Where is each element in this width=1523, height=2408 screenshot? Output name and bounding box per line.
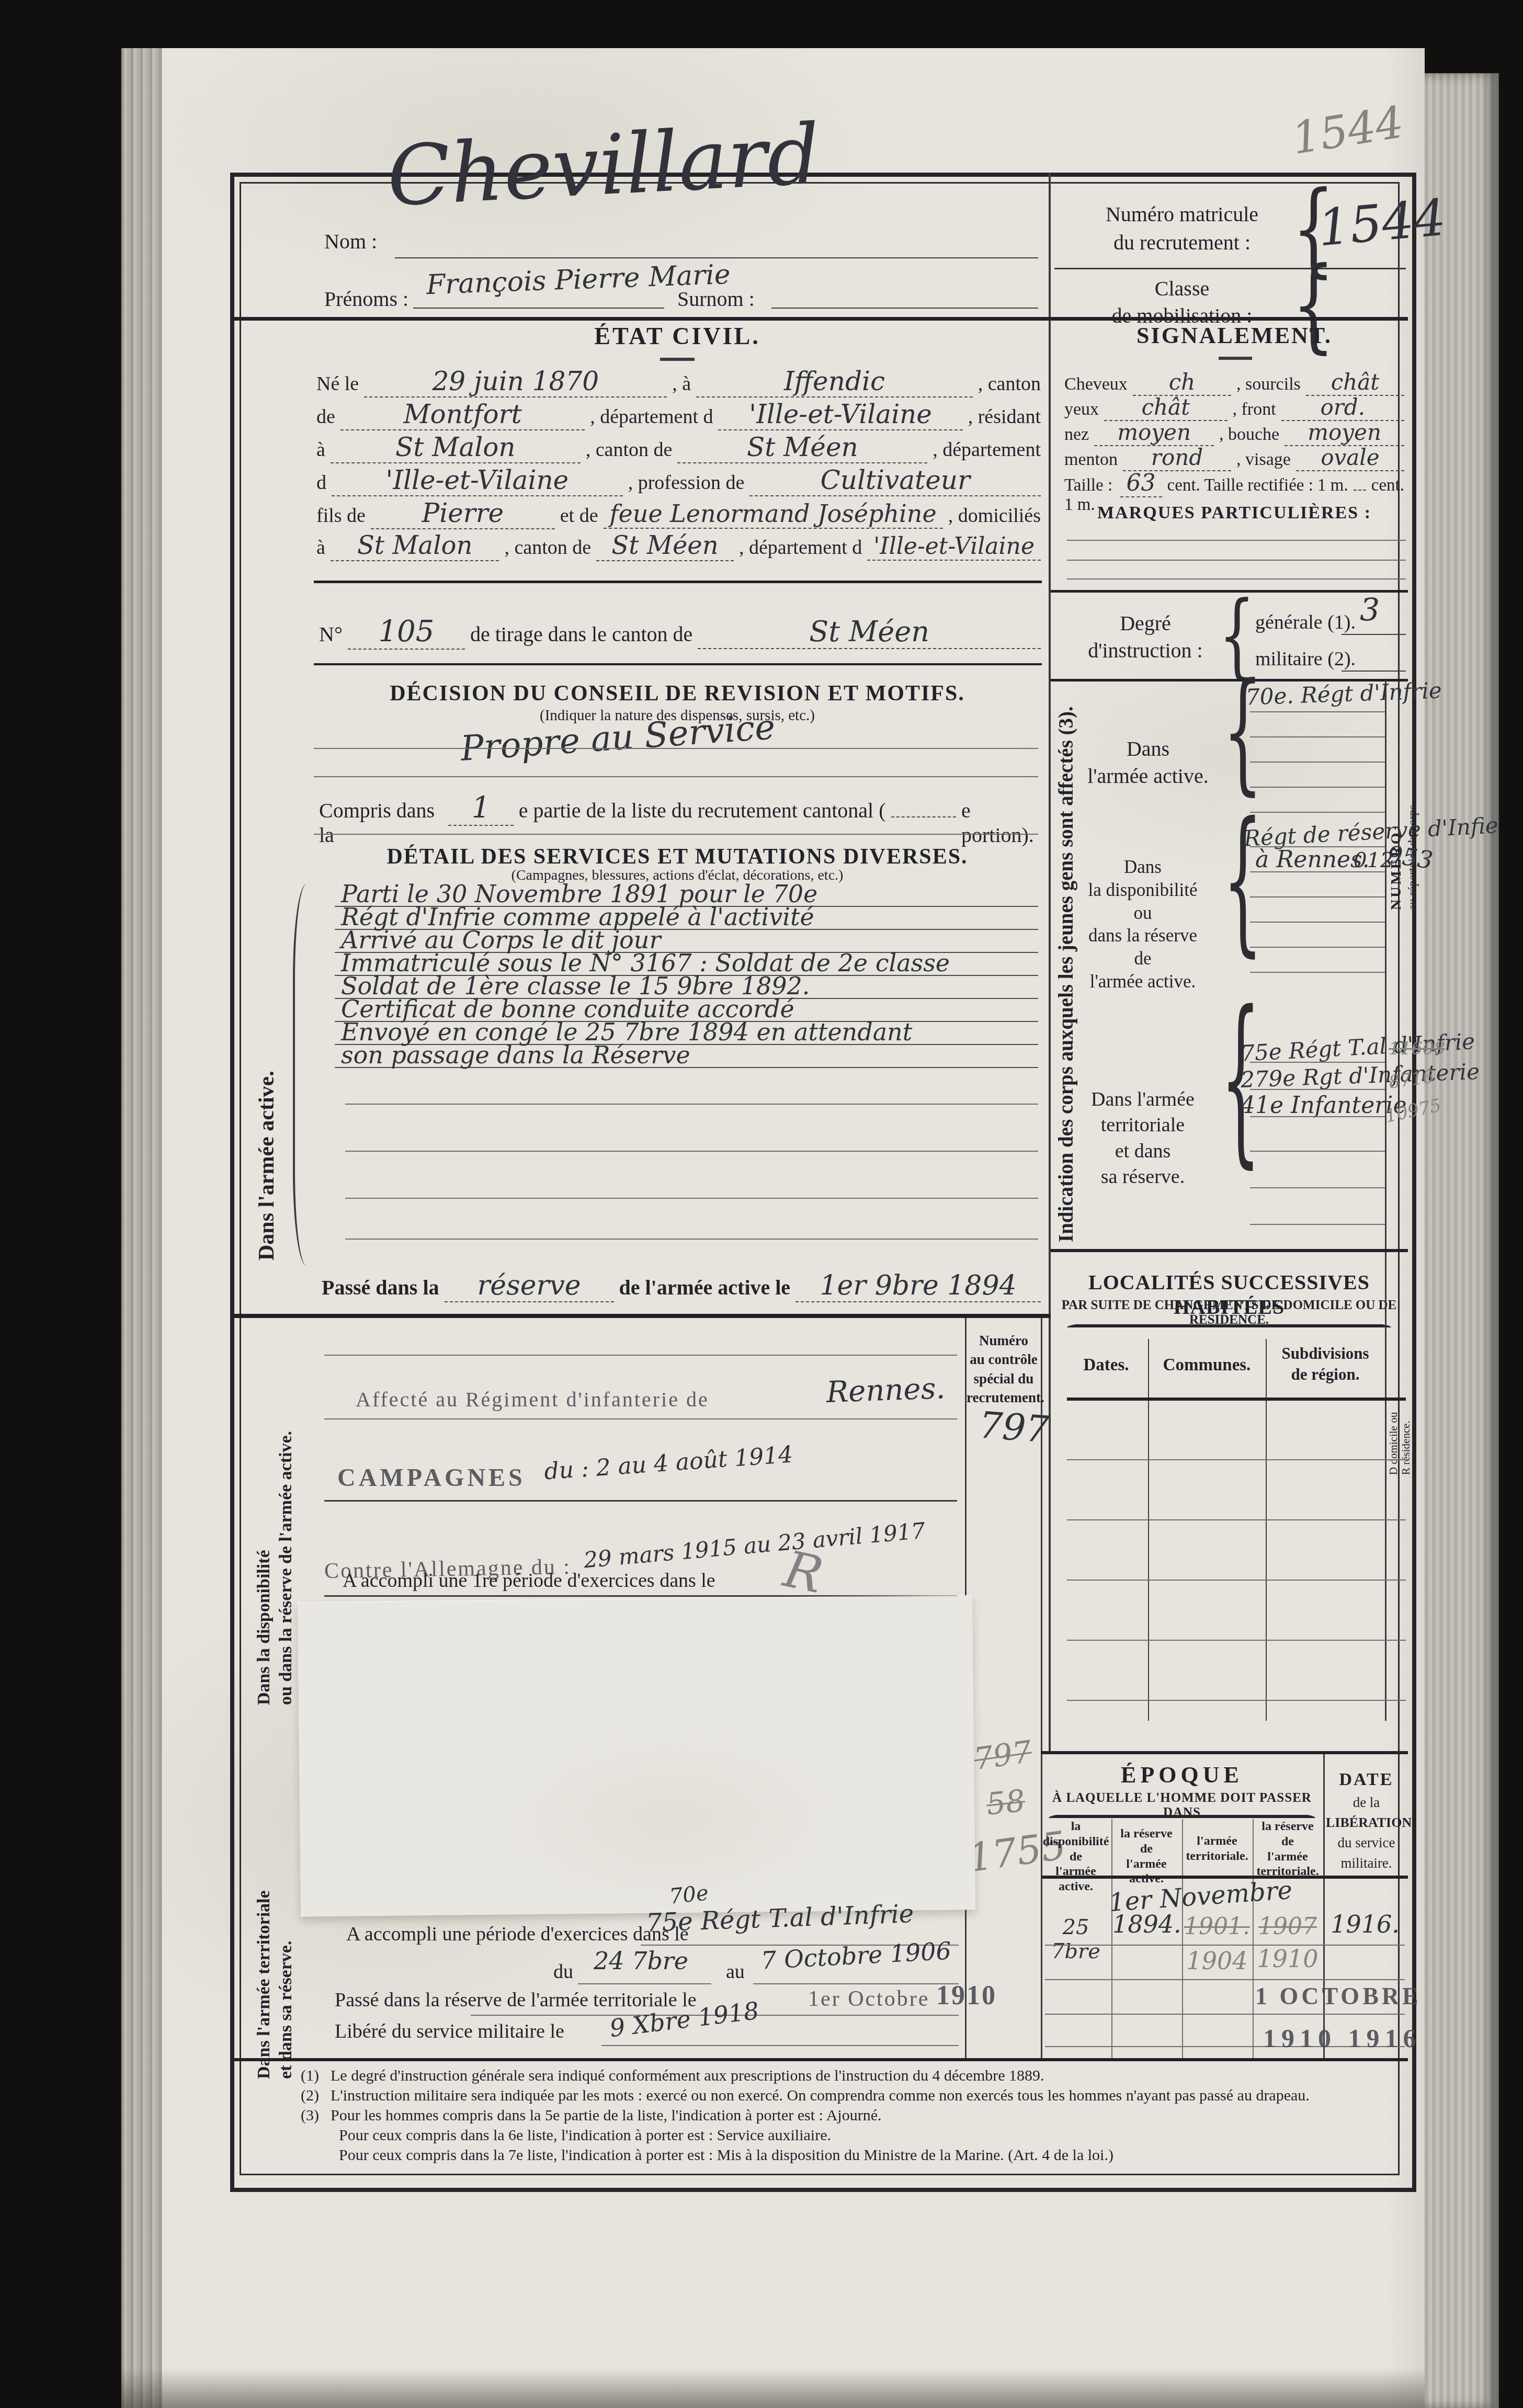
label: Né le: [316, 372, 359, 395]
controle-number-ink: 797: [978, 1403, 1050, 1451]
active-section-bottom-rule: [230, 1314, 1051, 1318]
signalement-row-3: nez moyen , bouche moyen: [1064, 419, 1404, 446]
yeux-value: chât: [1104, 394, 1227, 421]
epoque-v3-struck: 1901.: [1183, 1913, 1251, 1940]
epoque-title: ÉPOQUE: [1041, 1762, 1323, 1788]
compris-row: Compris dans la 1 e partie de la liste d…: [319, 791, 1041, 847]
nom-underline: [395, 257, 1038, 258]
passe-territoriale-printed: Passé dans la réserve de l'armée territo…: [335, 1989, 697, 2012]
epoque-top-rule: [1041, 1751, 1408, 1754]
passe-territoriale-stamp: 1er Octobre: [808, 1986, 929, 2012]
header-mid-rule: [1054, 268, 1406, 269]
label: , canton de: [504, 536, 591, 559]
prenoms-label: Prénoms :: [324, 287, 408, 311]
compris-label-c: e portion).: [961, 798, 1041, 847]
corps-line: [1250, 1151, 1385, 1152]
label: , département d: [590, 405, 713, 428]
epoque-vdate: 1916.: [1326, 1910, 1404, 1938]
controle-header-1: Numéro: [967, 1331, 1041, 1350]
footnote-1-marker: (1): [301, 2067, 319, 2085]
etat-civil-line-3: à St Malon , canton de St Méen , départe…: [316, 432, 1041, 463]
corps-line: [1250, 922, 1385, 923]
numero-repertoire-divider: [1385, 680, 1386, 1250]
label: , résidant: [968, 405, 1041, 428]
epoque-v4b: 1910: [1254, 1945, 1322, 1973]
localites-row-3: [1067, 1580, 1406, 1581]
dispo-label-5: de: [1067, 947, 1219, 970]
campagnes-stamp: CAMPAGNES: [337, 1463, 526, 1492]
epoque-row-line-1: [1045, 1945, 1405, 1946]
h: l'armée active.: [1112, 1857, 1180, 1887]
passe-date-value: 1er 9bre 1894: [795, 1270, 1041, 1302]
epoque-col4-header: la réserve de l'armée territoriale.: [1254, 1819, 1322, 1879]
epoque-date-header: DATE de la LIBÉRATION du service militai…: [1326, 1767, 1407, 1873]
epoque-row-line-3: [1045, 2014, 1405, 2015]
libere-underline: [601, 2045, 959, 2046]
classe-label-line1: Classe: [1077, 276, 1287, 301]
etat-civil-line-1: Né le 29 juin 1870 , à Iffendic , canton: [316, 366, 1041, 397]
controle-pencil-58: 58: [985, 1782, 1027, 1822]
localites-side-label-1: D domicile ou: [1387, 1339, 1400, 1475]
degre-generale-label: générale (1).: [1255, 611, 1356, 634]
service-line-8: son passage dans la Réserve: [335, 1044, 1038, 1068]
birth-date-value: 29 juin 1870: [364, 366, 667, 397]
tirage-text: de tirage dans le canton de: [470, 622, 692, 646]
front-label: , front: [1233, 400, 1276, 419]
localites-row-2: [1067, 1519, 1406, 1520]
taille-rectifiee-label: cent. Taille rectifiée : 1 m.: [1167, 476, 1348, 495]
marques-line-2: [1067, 560, 1406, 561]
parents-domicile-value: St Malon: [331, 531, 499, 561]
sourcils-value: chât: [1306, 369, 1404, 396]
signalement-row-1: Cheveux ch , sourcils chât: [1064, 369, 1404, 396]
h: l'armée: [1183, 1834, 1251, 1849]
military-register-scan: 1544 Chevillard Nom : Prénoms : François…: [0, 0, 1523, 2408]
label: à: [316, 438, 325, 461]
localites-header-rule: [1067, 1398, 1406, 1401]
campagnes-rule: [324, 1500, 957, 1502]
dispo-side-label-2: ou dans la réserve de l'armée active.: [276, 1339, 296, 1705]
birth-place-value: Iffendic: [696, 366, 973, 397]
corps-terr-num-1: 11608: [1389, 1038, 1445, 1059]
etat-civil-line-4: d 'Ille-et-Vilaine , profession de Culti…: [316, 465, 1041, 496]
localites-row-5: [1067, 1700, 1406, 1701]
localites-col-subdiv-2: de région.: [1268, 1365, 1382, 1384]
decision-line-1: [314, 748, 1038, 749]
exercices-printed: A accompli une période d'exercices dans …: [346, 1923, 689, 1946]
degre-generale-line: [1342, 634, 1406, 635]
nez-label: nez: [1064, 425, 1089, 445]
corps-line: [1250, 871, 1385, 872]
matricule-value: 1544: [1316, 188, 1448, 258]
mother-name-value: feue Lenormand Joséphine: [604, 499, 943, 529]
passe-reserve-row: Passé dans la réserve de l'armée active …: [322, 1270, 1041, 1302]
bouche-value: moyen: [1285, 419, 1404, 446]
footnote-3: (3) Pour les hommes compris dans la 5e p…: [301, 2107, 1399, 2125]
signalement-title: SIGNALEMENT.: [1062, 322, 1407, 349]
h: de la: [1326, 1792, 1407, 1813]
main-column-divider: [1049, 173, 1051, 1752]
numero-repertoire-label-1: NUMÉRO: [1388, 690, 1405, 910]
corps-line: [1250, 787, 1385, 788]
corps-line: [1250, 1224, 1385, 1225]
controle-header: Numéro au contrôle spécial du recrutemen…: [967, 1331, 1041, 1407]
parents-canton-value: St Méen: [596, 531, 734, 561]
corps-line: [1250, 762, 1385, 763]
tirage-bottom-rule: [314, 663, 1042, 665]
footnote-2-marker: (2): [301, 2087, 319, 2105]
label: d: [316, 471, 326, 494]
localites-col-subdiv-1: Subdivisions: [1268, 1344, 1382, 1363]
services-side-label: Dans l'armée active.: [254, 889, 279, 1260]
exercices-au-label: au: [726, 1960, 745, 1983]
affecte-top-line: [324, 1355, 957, 1356]
corps-line: [1250, 812, 1385, 813]
localites-row-1: [1067, 1459, 1406, 1460]
nom-label: Nom :: [324, 229, 377, 254]
label: , profession de: [628, 471, 745, 494]
epoque-v4-struck: 1907: [1254, 1913, 1322, 1940]
terr-side-label-2: et dans sa réserve.: [276, 1859, 296, 2079]
footnote-4: Pour ceux compris dans la 6e liste, l'in…: [339, 2127, 831, 2144]
cheveux-label: Cheveux: [1064, 374, 1128, 394]
label: à: [316, 536, 325, 559]
corps-line: [1250, 1116, 1385, 1117]
marques-line-1: [1067, 540, 1406, 541]
controle-header-3: spécial du: [967, 1369, 1041, 1388]
service-empty-line-2: [345, 1151, 1038, 1152]
prenoms-underline: [413, 308, 664, 309]
libere-printed: Libéré du service militaire le: [335, 2020, 564, 2043]
birth-departement-value: 'Ille-et-Vilaine: [718, 399, 962, 430]
h: l'armée: [1254, 1849, 1322, 1865]
surnom-underline: [771, 308, 1038, 309]
corps-dispo-label: Dans la disponibilité ou dans la réserve…: [1067, 856, 1219, 993]
passe-territoriale-year: 1910: [936, 1980, 997, 2011]
corps-bottom-rule: [1051, 1249, 1408, 1252]
label: et de: [560, 504, 598, 527]
marques-title: MARQUES PARTICULIÈRES :: [1062, 503, 1407, 523]
h: militaire.: [1326, 1853, 1407, 1873]
footnote-5: Pour ceux compris dans la 7e liste, l'in…: [339, 2146, 1113, 2164]
body-bottom-rule: [230, 2058, 1408, 2061]
book-spine-edge: [121, 48, 162, 2408]
terr-label-4: sa réserve.: [1067, 1164, 1219, 1190]
etat-civil-bottom-rule: [314, 581, 1042, 583]
h: territoriale.: [1183, 1849, 1251, 1864]
terr-label-3: et dans: [1067, 1139, 1219, 1164]
tirage-number-value: 105: [348, 615, 465, 650]
services-title: DÉTAIL DES SERVICES ET MUTATIONS DIVERSE…: [314, 844, 1041, 869]
dispo-label-2: la disponibilité: [1067, 879, 1219, 902]
affecte-stamp: Affecté au Régiment d'infanterie de: [356, 1387, 709, 1412]
degre-generale-value: 3: [1360, 592, 1380, 629]
corps-dispo-value-2: à Rennes.: [1255, 846, 1370, 873]
h: l'armée active.: [1042, 1864, 1110, 1894]
exercices-du-label: du: [553, 1960, 573, 1983]
label: , département: [933, 438, 1041, 461]
periode-partial-printed: A accompli une 1re période d'exercices d…: [343, 1569, 715, 1592]
localites-row-4: [1067, 1640, 1406, 1641]
etat-civil-line-5: fils de Pierre et de feue Lenormand José…: [316, 498, 1041, 529]
residence-canton-value: St Méen: [677, 432, 927, 463]
profession-value: Cultivateur: [749, 465, 1041, 496]
h: la: [1042, 1819, 1110, 1834]
label: , à: [672, 372, 691, 395]
label: , canton de: [586, 438, 673, 461]
service-empty-line-1: [345, 1104, 1038, 1105]
passe-reserve-value: réserve: [445, 1270, 614, 1302]
epoque-v3b: 1904: [1183, 1947, 1251, 1975]
corps-active-brace: {: [1223, 656, 1263, 809]
signalement-row-2: yeux chât , front ord.: [1064, 394, 1404, 421]
etat-civil-title: ÉTAT CIVIL.: [314, 322, 1041, 350]
epoque-v1: 25 7bre: [1042, 1915, 1110, 1963]
localites-side-label-2: R résidence.: [1400, 1339, 1413, 1475]
father-name-value: Pierre: [371, 498, 555, 529]
paper-bottom-shadow: [121, 2368, 1425, 2408]
dispo-label-3: ou: [1067, 902, 1219, 925]
tirage-canton-value: St Méen: [698, 615, 1041, 649]
corps-active-label-1: Dans: [1077, 736, 1219, 761]
signalement-title-dash: [1219, 357, 1252, 360]
header-bottom-rule: [230, 317, 1408, 321]
corps-line: [1250, 947, 1385, 948]
label: , département d: [739, 536, 862, 559]
controle-header-2: au contrôle: [967, 1350, 1041, 1369]
visage-label: , visage: [1236, 450, 1291, 470]
localites-vline-1: [1148, 1339, 1149, 1721]
degre-label-line1: Degré: [1083, 611, 1208, 635]
affecte-underline: [324, 1418, 957, 1419]
taille-value: 63: [1120, 470, 1162, 497]
localites-vline-2: [1266, 1339, 1267, 1721]
cent-label: cent.: [1371, 476, 1404, 495]
epoque-v2: 1894.: [1112, 1910, 1180, 1938]
residence-value: St Malon: [331, 432, 581, 463]
label: de: [316, 405, 335, 428]
etat-civil-line-6: à St Malon , canton de St Méen , départe…: [316, 531, 1041, 561]
localites-col-dates: Dates.: [1067, 1356, 1145, 1375]
terr-side-label-1: Dans l'armée territoriale: [254, 1859, 274, 2079]
dispo-label-1: Dans: [1067, 856, 1219, 879]
service-empty-line-4: [345, 1239, 1038, 1240]
epoque-header-rule: [1042, 1876, 1408, 1879]
signalement-row-4: menton rond , visage ovale: [1064, 445, 1404, 471]
degre-militaire-line: [1342, 671, 1406, 672]
corps-line: [1250, 1187, 1385, 1188]
terr-label-1: Dans l'armée: [1067, 1087, 1219, 1112]
corps-line: [1250, 1089, 1385, 1090]
front-value: ord.: [1281, 394, 1404, 421]
visage-value: ovale: [1296, 445, 1404, 471]
h: de: [1254, 1834, 1322, 1849]
compris-label-a: Compris dans la: [319, 798, 443, 847]
degre-label-line2: d'instruction :: [1072, 638, 1219, 663]
corps-line: [1250, 896, 1385, 898]
liberation-stamp-line1: 1 OCTOBRE: [1255, 1982, 1422, 2010]
localites-col-communes: Communes.: [1151, 1356, 1263, 1375]
corps-line: [1250, 846, 1385, 847]
numero-repertoire-label-2: au répertoire du corps.: [1406, 690, 1419, 910]
footnote-2: (2) L'instruction militaire sera indiqué…: [301, 2087, 1399, 2105]
label: fils de: [316, 504, 366, 527]
etat-civil-title-dash: [660, 358, 695, 361]
passe-label-a: Passé dans la: [322, 1275, 439, 1300]
epoque-col3-header: l'armée territoriale.: [1183, 1834, 1251, 1864]
residence-departement-value: 'Ille-et-Vilaine: [332, 465, 623, 496]
cheveux-value: ch: [1133, 369, 1231, 396]
tirage-row: N° 105 de tirage dans le canton de St Mé…: [319, 615, 1041, 650]
exercices-du-value: 24 7bre: [594, 1947, 688, 1975]
label: , canton: [978, 372, 1041, 395]
services-hand-bracket: [293, 884, 309, 1266]
h: la réserve: [1112, 1826, 1180, 1842]
bouche-label: , bouche: [1219, 425, 1279, 445]
label: , domiciliés: [948, 504, 1041, 527]
decision-title: DÉCISION DU CONSEIL DE REVISION ET MOTIF…: [314, 681, 1041, 706]
page-stack-edge: [1425, 73, 1499, 2408]
affecte-value: Rennes.: [826, 1371, 946, 1410]
exercices-reg-above: 70e: [668, 1881, 710, 1909]
pasted-paper-slip: [298, 1596, 975, 1916]
h: LIBÉRATION: [1326, 1813, 1407, 1833]
compris-label-b: e partie de la liste du recrutement cant…: [519, 798, 886, 823]
sourcils-label: , sourcils: [1236, 374, 1301, 394]
decision-bottom-line: [314, 834, 1038, 835]
nez-value: moyen: [1094, 419, 1214, 446]
h: de: [1112, 1842, 1180, 1857]
h: de: [1042, 1849, 1110, 1865]
h: la réserve: [1254, 1819, 1322, 1834]
corps-line: [1250, 736, 1385, 737]
h: du service: [1326, 1833, 1407, 1853]
dispo-label-4: dans la réserve: [1067, 924, 1219, 947]
matricule-label-line1: Numéro matricule: [1077, 202, 1287, 226]
menton-value: rond: [1123, 445, 1231, 471]
footnote-1-text: Le degré d'instruction générale sera ind…: [331, 2067, 1044, 2085]
etat-civil-line-2: de Montfort , département d 'Ille-et-Vil…: [316, 399, 1041, 430]
epoque-row-line-2: [1045, 1979, 1405, 1980]
decision-line-2: [314, 776, 1038, 777]
surnom-label: Surnom :: [677, 287, 755, 311]
footnote-2-text: L'instruction militaire sera indiquée pa…: [331, 2087, 1310, 2105]
epoque-date-divider: [1323, 1754, 1325, 2058]
corps-active-label-2: l'armée active.: [1077, 764, 1219, 788]
marques-line-3: [1067, 578, 1406, 580]
dispo-side-label-1: Dans la disponibilité: [254, 1339, 274, 1705]
degre-militaire-label: militaire (2).: [1255, 648, 1356, 671]
footnote-3-marker: (3): [301, 2107, 319, 2125]
birth-canton-value: Montfort: [340, 399, 585, 430]
footnote-3-text: Pour les hommes compris dans la 5e parti…: [331, 2107, 882, 2125]
h: disponibilité: [1042, 1834, 1110, 1849]
liste-partie-value: 1: [448, 791, 513, 826]
exercices-au-underline: [753, 1983, 959, 1984]
localites-vline-3: [1385, 1252, 1386, 1721]
liberation-stamp-line2: 1910 1916: [1263, 2023, 1422, 2053]
corps-dispo-brace: {: [1223, 790, 1263, 972]
dispo-label-6: l'armée active.: [1067, 970, 1219, 993]
footnote-1: (1) Le degré d'instruction générale sera…: [301, 2067, 1399, 2085]
terr-label-2: territoriale: [1067, 1112, 1219, 1138]
exercices-du-underline: [578, 1983, 711, 1984]
corps-line: [1250, 711, 1385, 712]
menton-label: menton: [1064, 450, 1118, 470]
parents-departement-value: 'Ille-et-Vilaine: [867, 533, 1041, 561]
h: DATE: [1326, 1767, 1407, 1792]
corps-line: [1250, 972, 1385, 973]
controle-header-4: recrutement.: [967, 1388, 1041, 1407]
numero-label: N°: [319, 622, 343, 646]
yeux-label: yeux: [1064, 400, 1099, 419]
epoque-col1-header: la disponibilité de l'armée active.: [1042, 1819, 1110, 1894]
corps-terr-label: Dans l'armée territoriale et dans sa rés…: [1067, 1087, 1219, 1190]
matricule-label-line2: du recrutement :: [1077, 230, 1287, 255]
passe-label-b: de l'armée active le: [619, 1275, 791, 1300]
corps-terr-value-3: 41e Infanterie: [1241, 1092, 1406, 1119]
corps-line: [1250, 1062, 1385, 1063]
service-empty-line-3: [345, 1198, 1038, 1199]
